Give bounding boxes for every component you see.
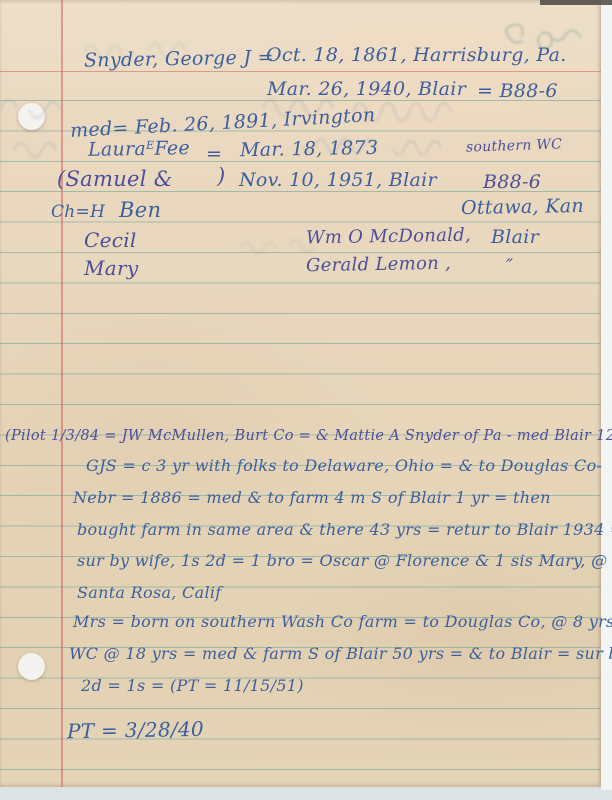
spouse-birth: Mar. 18, 1873 <box>240 138 379 161</box>
spouse-death: Nov. 10, 1951, Blair <box>239 170 437 191</box>
note-line-8: 2d = 1s = (PT = 11/15/51) <box>81 677 304 695</box>
children-label: Ch=H <box>51 203 105 222</box>
note-source-line: (Pilot 1/3/84 = JW McMullen, Burt Co = &… <box>5 429 612 445</box>
entry-birth: Oct. 18, 1861, Harrisburg, Pa. <box>266 45 567 66</box>
notebook-paper: Snyder, George J = Oct. 18, 1861, Harris… <box>0 0 601 787</box>
note-line-6: Mrs = born on southern Wash Co farm = to… <box>73 613 612 631</box>
page-edge-shadow <box>540 0 612 5</box>
child-name-cecil: Cecil <box>84 229 137 251</box>
spouse-father: (Samuel & <box>57 168 173 191</box>
note-line-5: Santa Rosa, Calif <box>77 584 222 602</box>
spouse-first-name: Laura <box>88 138 146 161</box>
entry-death: Mar. 26, 1940, Blair <box>267 79 466 100</box>
note-line-7: WC @ 18 yrs = med & farm S of Blair 50 y… <box>69 645 612 663</box>
child-place-cecil: Blair <box>491 227 539 248</box>
child-spouse-mary: Gerald Lemon , <box>306 254 451 276</box>
child-name-ben: Ben <box>119 199 161 222</box>
child-place-mary-ditto: ″ <box>506 256 513 277</box>
spouse-last-name: Fee <box>154 137 190 160</box>
child-place-ben: Ottawa, Kan <box>461 196 584 219</box>
note-line-4: sur by wife, 1s 2d = 1 bro = Oscar @ Flo… <box>77 552 607 570</box>
spouse-code: B88-6 <box>483 172 541 193</box>
scanned-page: Snyder, George J = Oct. 18, 1861, Harris… <box>0 0 612 800</box>
spouse-paren-close: ) <box>217 165 226 188</box>
note-line-3: bought farm in same area & there 43 yrs … <box>77 521 612 539</box>
entry-code: = B88-6 <box>477 81 558 102</box>
scanner-background <box>601 0 612 790</box>
note-line-1: GJS = c 3 yr with folks to Delaware, Ohi… <box>86 457 602 475</box>
child-name-mary: Mary <box>84 257 138 279</box>
note-line-2: Nebr = 1886 = med & to farm 4 m S of Bla… <box>73 489 551 507</box>
entry-name: Snyder, George J = <box>84 47 274 71</box>
child-spouse-cecil: Wm O McDonald, <box>306 226 471 249</box>
spouse-name: LauraEFee <box>88 138 190 161</box>
footer-date: PT = 3/28/40 <box>67 718 204 742</box>
spouse-eq-mark: = <box>206 144 222 165</box>
